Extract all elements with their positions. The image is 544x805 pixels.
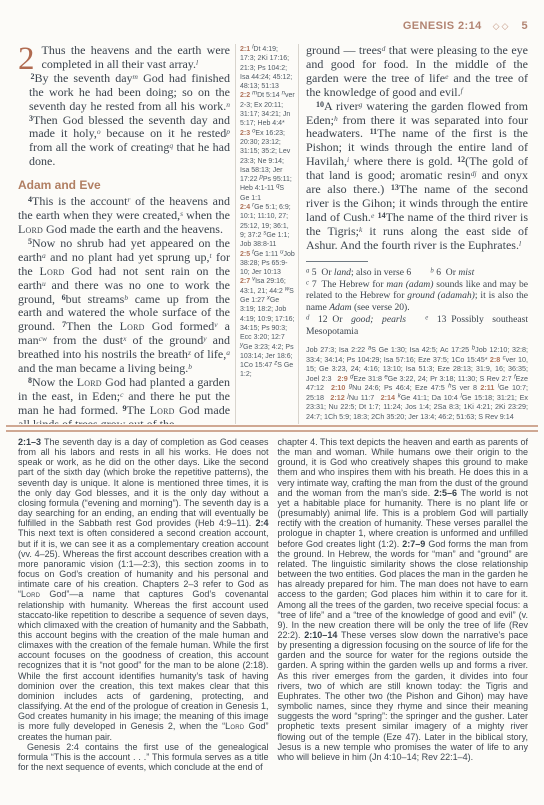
cross-reference-block: Job 27:3; Isa 2:22 aS Ge 1:30; Isa 42:5;… [306, 345, 528, 421]
running-head-reference: GENESIS 2:14 [403, 20, 482, 32]
cross-reference-column: 2:1 lDt 4:19; 17:3; 2Ki 17:16; 21:3; Ps … [235, 44, 299, 424]
page-number: 5 [521, 20, 528, 32]
page-header: GENESIS 2:14 ◇◇ 5 [403, 20, 528, 32]
study-notes-right-column: chapter 4. This text depicts the heaven … [278, 437, 529, 793]
verse-paragraphs-bottom: 4This is the accountr of the heavens and… [18, 195, 230, 424]
translation-footnotes: a 5 Or land; also in verse 6 b 6 Or mist… [306, 267, 528, 338]
study-notes-section: 2:1–3 The seventh day is a day of comple… [18, 437, 528, 793]
ornament-diamonds-icon: ◇◇ [493, 21, 511, 32]
chapter-number-drop-cap: 2 [18, 45, 35, 73]
bible-page: GENESIS 2:14 ◇◇ 5 2 Thus the heavens and… [0, 0, 544, 805]
bible-left-column: 2 Thus the heavens and the earth were co… [18, 44, 230, 424]
section-heading: Adam and Eve [18, 178, 230, 192]
verse-paragraphs-top: Thus the heavens and the earth were comp… [18, 44, 230, 169]
verse-paragraphs-continued: ground — treesd that were pleasing to th… [306, 44, 528, 253]
bible-right-column: ground — treesd that were pleasing to th… [299, 44, 528, 424]
footnote-divider-rule [306, 261, 368, 262]
study-notes-left-column: 2:1–3 The seventh day is a day of comple… [18, 437, 269, 793]
section-divider-rule [6, 425, 538, 432]
bible-text-section: 2 Thus the heavens and the earth were co… [18, 44, 528, 424]
